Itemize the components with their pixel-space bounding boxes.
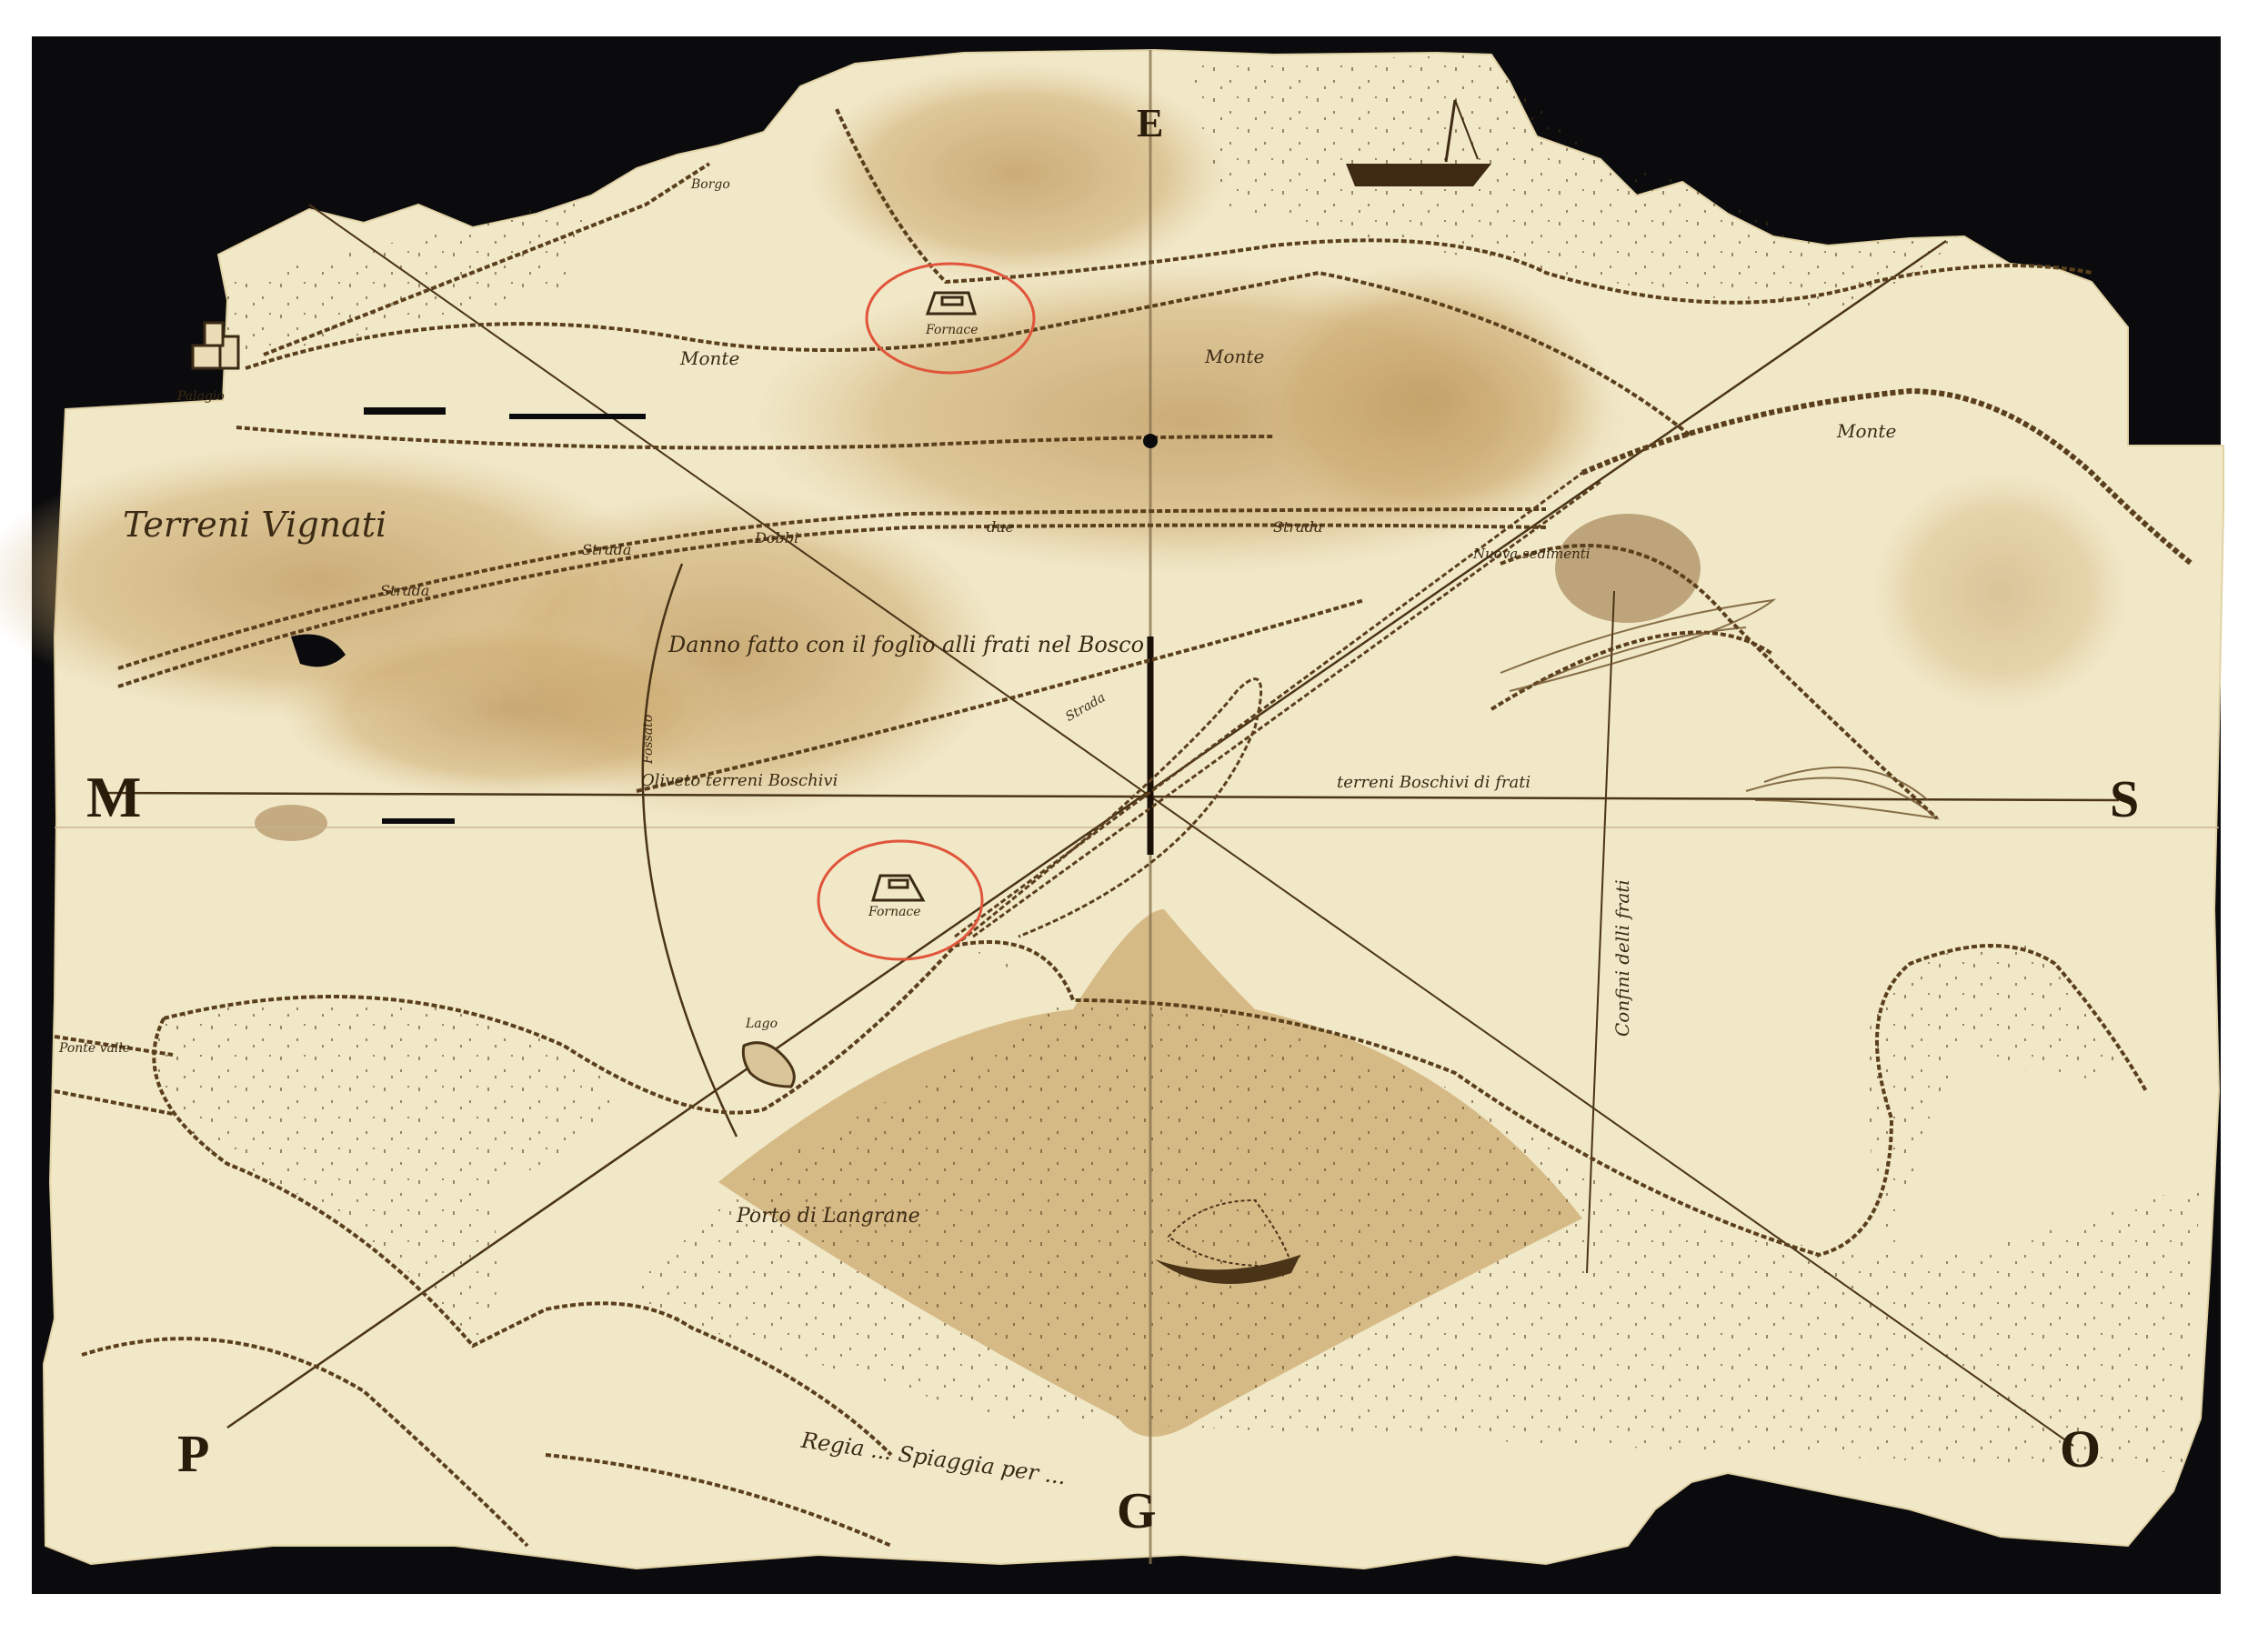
label-borgo: Borgo [691, 177, 730, 192]
label-fornace-lower: Fornace [868, 905, 921, 919]
label-strada-4: Strada [1273, 518, 1322, 536]
letter-p: P [177, 1423, 209, 1484]
letter-g: G [1117, 1482, 1157, 1540]
label-monte-2: Monte [1205, 346, 1264, 367]
label-monte-1: Monte [680, 347, 739, 369]
label-strada-5: Strada [582, 541, 631, 558]
label-danno-fatto: Danno fatto con il foglio alli frati nel… [668, 632, 1144, 657]
label-lago: Lago [746, 1017, 778, 1031]
letter-o: O [2060, 1418, 2101, 1479]
letter-e: E [1137, 100, 1163, 146]
label-confini-frati: Confini delli frati [1611, 879, 1633, 1037]
letter-m: M [86, 764, 141, 831]
manuscript-map [0, 0, 2268, 1634]
label-ponte-valle: Ponte valle [59, 1041, 130, 1056]
label-strada-1: Strada [380, 582, 429, 599]
label-oliveto: Oliveto terreni Boschivi [641, 771, 838, 790]
label-fossato: Fossato [641, 715, 656, 764]
label-fornace-upper: Fornace [926, 323, 978, 337]
label-porto: Porto di Langrane [737, 1205, 920, 1228]
label-nuova: Nuova sedimenti [1473, 546, 1591, 562]
label-terreni-vignati: Terreni Vignati [123, 505, 386, 545]
letter-s: S [2110, 768, 2139, 829]
label-monte-3: Monte [1837, 420, 1896, 442]
label-strada-3: due [987, 518, 1014, 536]
label-palagio: Palagio [177, 389, 225, 404]
label-terreni-boschivi: terreni Boschivi di frati [1337, 773, 1530, 792]
label-strada-2: Dobbi [755, 529, 798, 546]
